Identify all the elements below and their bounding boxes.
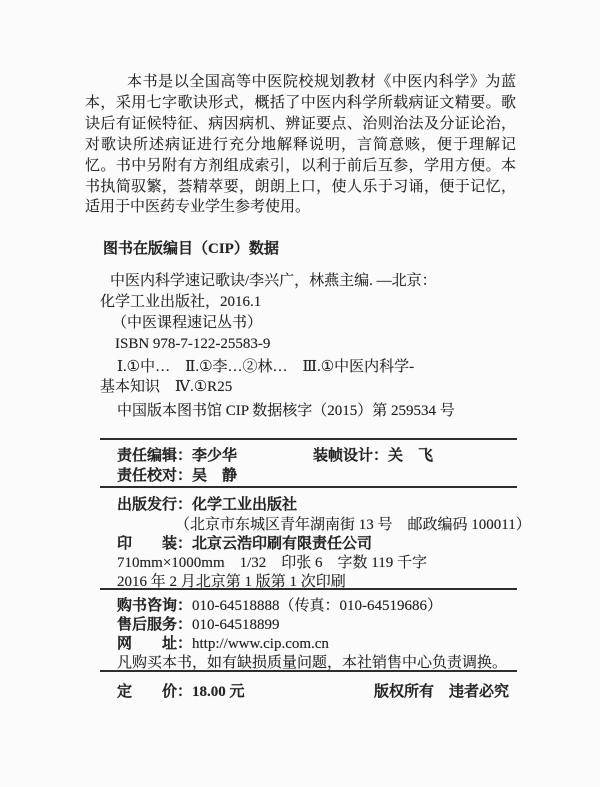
staff-proofreader-value: 吴 静 (192, 468, 237, 484)
publishing-format-line: 710mm×1000mm 1/32 印张 6 字数 119 千字 (117, 554, 427, 573)
publishing-address: （北京市东城区青年湖南街 13 号 邮政编码 100011） (175, 516, 531, 535)
staff-proofreader: 责任校对：吴 静 (117, 467, 237, 486)
staff-editor-value: 李少华 (192, 448, 237, 464)
contact-purchase-value: 010-64518888（传真：010-64519686） (192, 598, 442, 614)
staff-editor: 责任编辑：李少华 (117, 447, 237, 466)
cip-isbn: ISBN 978-7-122-25583-9 (115, 335, 270, 354)
staff-designer-label: 装帧设计： (313, 448, 388, 464)
publishing-publisher: 出版发行：化学工业出版社 (117, 496, 297, 515)
divider-rule-3 (100, 588, 517, 590)
divider-rule-2 (100, 486, 517, 488)
publishing-publisher-value: 化学工业出版社 (192, 497, 297, 513)
contact-purchase: 购书咨询：010-64518888（传真：010-64519686） (117, 597, 442, 616)
contact-website-label: 网 址： (117, 636, 192, 652)
publishing-publisher-label: 出版发行： (117, 497, 192, 513)
contact-service-value: 010-64518899 (192, 617, 280, 633)
price-label: 定 价： (117, 684, 192, 700)
staff-proofreader-label: 责任校对： (117, 468, 192, 484)
staff-editor-label: 责任编辑： (117, 448, 192, 464)
cip-series-line: （中医课程速记丛书） (112, 314, 262, 333)
divider-rule-4 (100, 670, 517, 672)
divider-rule-1 (100, 438, 517, 440)
price-value: 18.00 元 (192, 684, 245, 700)
price-line: 定 价：18.00 元 (117, 683, 245, 702)
contact-website: 网 址：http://www.cip.com.cn (117, 635, 329, 654)
staff-designer-value: 关 飞 (388, 448, 433, 464)
staff-designer: 装帧设计：关 飞 (313, 447, 433, 466)
cip-classification-line-1: Ⅰ.①中… Ⅱ.①李…②林… Ⅲ.①中医内科学- (117, 358, 414, 377)
copyright-page: 本书是以全国高等中医院校规划教材《中医内科学》为蓝本，采用七字歌诀形式，概括了中… (0, 0, 600, 787)
contact-website-value: http://www.cip.com.cn (192, 636, 329, 652)
cip-record-number: 中国版本图书馆 CIP 数据核字（2015）第 259534 号 (117, 402, 455, 421)
cip-publisher-line: 化学工业出版社，2016.1 (100, 293, 261, 312)
intro-paragraph: 本书是以全国高等中医院校规划教材《中医内科学》为蓝本，采用七字歌诀形式，概括了中… (85, 72, 516, 218)
cip-title-line: 中医内科学速记歌诀/李兴广，林燕主编. —北京： (110, 272, 437, 291)
cip-classification-line-2: 基本知识 Ⅳ.①R25 (100, 378, 232, 397)
publishing-printer-label: 印 装： (117, 536, 192, 552)
cip-heading: 图书在版编目（CIP）数据 (103, 240, 279, 259)
copyright-notice: 版权所有 违者必究 (374, 683, 509, 702)
publishing-printer: 印 装：北京云浩印刷有限责任公司 (117, 535, 372, 554)
contact-service-label: 售后服务： (117, 617, 192, 633)
publishing-printer-value: 北京云浩印刷有限责任公司 (192, 536, 372, 552)
contact-service: 售后服务：010-64518899 (117, 616, 280, 635)
contact-purchase-label: 购书咨询： (117, 598, 192, 614)
